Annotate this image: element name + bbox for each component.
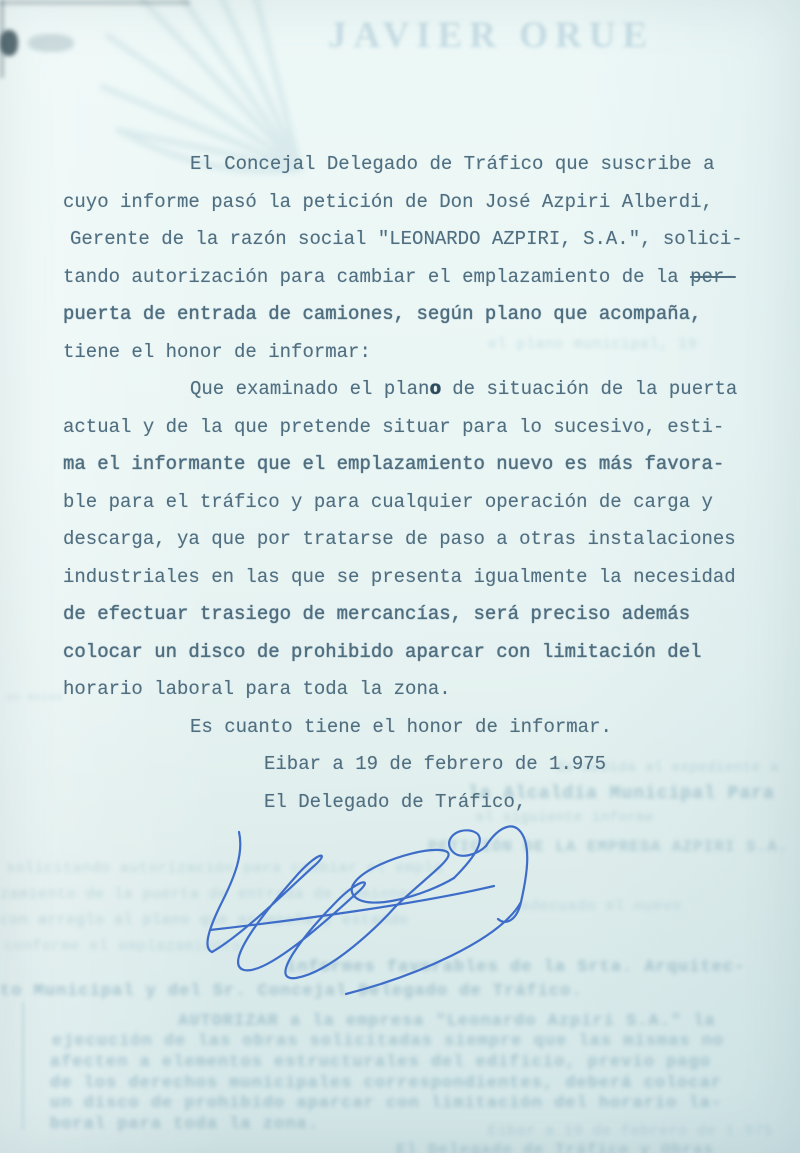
typed-line: colocar un disco de prohibido aparcar co…	[63, 634, 773, 672]
scanned-document-page: JAVIER ORUE el plano municipal, 19un avi…	[0, 0, 800, 1153]
handwritten-signature	[148, 806, 618, 1011]
typed-body: El Concejal Delegado de Tráfico que susc…	[63, 146, 773, 821]
ink-smudge-faint	[28, 34, 74, 52]
bleedthrough-line: Eibar a 19 de febrero de 1.975	[488, 1123, 773, 1140]
typed-line: Es cuanto tiene el honor de informar.	[63, 709, 773, 747]
typed-line: ble para el tráfico y para cualquier ope…	[63, 484, 773, 522]
bleedthrough-line: ejecución de las obras solicitadas siemp…	[52, 1032, 724, 1051]
typed-line: industriales en las que se presenta igua…	[63, 559, 773, 597]
typed-line: ma el informante que el emplazamiento nu…	[63, 446, 773, 484]
struck-text: per-	[690, 266, 736, 288]
typed-line: tando autorización para cambiar el empla…	[63, 259, 773, 297]
typed-line: tiene el honor de informar:	[63, 334, 773, 372]
bleedthrough-edge-line	[22, 1002, 24, 1130]
bleedthrough-line: un disco de prohibido aparcar con limita…	[50, 1094, 722, 1113]
scan-edge-top	[0, 0, 190, 5]
typed-line: actual y de la que pretende situar para …	[63, 409, 773, 447]
bleedthrough-line: boral para toda la zona.	[50, 1115, 319, 1134]
typed-line: descarga, ya que por tratarse de paso a …	[63, 521, 773, 559]
typed-line: Gerente de la razón social "LEONARDO AZP…	[63, 221, 773, 259]
bleedthrough-line: un aviso	[6, 692, 63, 704]
bleedthrough-line: afecten a elementos estructurales del ed…	[50, 1053, 711, 1072]
bleedthrough-line: AUTORIZAR a la empresa "Leonardo Azpiri …	[178, 1012, 716, 1031]
letterhead-company-ghost: JAVIER ORUE	[328, 14, 654, 57]
typed-line: El Concejal Delegado de Tráfico que susc…	[63, 146, 773, 184]
typed-line: cuyo informe pasó la petición de Don Jos…	[63, 184, 773, 222]
typed-line: de efectuar trasiego de mercancías, será…	[63, 596, 773, 634]
ink-smudge-dark	[0, 30, 18, 56]
bleedthrough-line: El Delegado de Tráfico y Obras	[396, 1141, 714, 1153]
overstruck-char: o	[429, 378, 440, 400]
bleedthrough-line: de los derechos municipales correspondie…	[50, 1074, 722, 1093]
typed-line: Eibar a 19 de febrero de 1.975	[63, 746, 773, 784]
typed-line: horario laboral para toda la zona.	[63, 671, 773, 709]
typed-line: Que examinado el plano de situación de l…	[63, 371, 773, 409]
typed-line: puerta de entrada de camiones, según pla…	[63, 296, 773, 334]
